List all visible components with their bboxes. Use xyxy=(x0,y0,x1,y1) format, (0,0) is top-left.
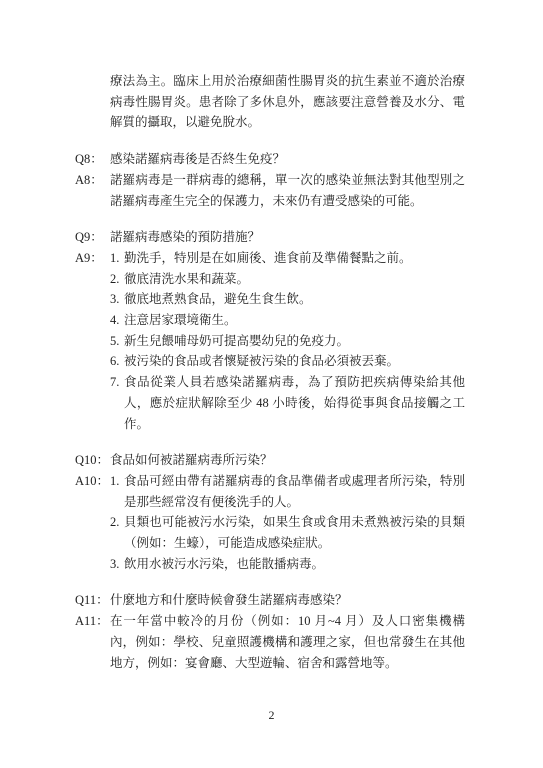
list-item-text: 貝類也可能被污水污染，如果生食或食用未煮熟被污染的貝類（例如：生蠔），可能造成感… xyxy=(124,512,465,553)
list-item-number: 3. xyxy=(110,289,124,310)
answer-content: 諾羅病毒是一群病毒的總稱，單一次的感染並無法對其他型別之諾羅病毒產生完全的保護力… xyxy=(110,170,465,211)
qa-block: Q10：食品如何被諾羅病毒所污染？A10：1.食品可經由帶有諾羅病毒的食品準備者… xyxy=(75,450,465,574)
page-number: 2 xyxy=(0,705,543,725)
answer-list-item: 7.食品從業人員若感染諾羅病毒，為了預防把疾病傳染給其他人，應於症狀解除至少 4… xyxy=(110,372,465,434)
list-item-text: 飲用水被污水污染，也能散播病毒。 xyxy=(124,554,465,575)
list-item-number: 1. xyxy=(110,471,124,492)
answer-row: A10：1.食品可經由帶有諾羅病毒的食品準備者或處理者所污染，特別是那些經常沒有… xyxy=(75,471,465,575)
answer-list-item: 3.飲用水被污水污染，也能散播病毒。 xyxy=(110,554,465,575)
list-item-number: 5. xyxy=(110,331,124,352)
answer-list-item: 3.徹底地煮熟食品，避免生食生飲。 xyxy=(110,289,465,310)
question-label: Q8： xyxy=(75,149,110,170)
answer-list: 1.食品可經由帶有諾羅病毒的食品準備者或處理者所污染，特別是那些經常沒有便後洗手… xyxy=(110,471,465,575)
list-item-text: 勤洗手，特別是在如廁後、進食前及準備餐點之前。 xyxy=(124,248,465,269)
question-text: 感染諾羅病毒後是否終生免疫？ xyxy=(110,149,465,170)
list-item-text: 徹底清洗水果和蔬菜。 xyxy=(124,269,465,290)
answer-label: A8： xyxy=(75,170,110,191)
answer-list-item: 1.食品可經由帶有諾羅病毒的食品準備者或處理者所污染，特別是那些經常沒有便後洗手… xyxy=(110,471,465,512)
list-item-number: 7. xyxy=(110,372,124,393)
list-item-number: 6. xyxy=(110,351,124,372)
answer-label: A11： xyxy=(75,611,110,632)
answer-content: 1.食品可經由帶有諾羅病毒的食品準備者或處理者所污染，特別是那些經常沒有便後洗手… xyxy=(110,471,465,575)
answer-paragraph: 在一年當中較冷的月份（例如：10 月~4 月）及人口密集機構內，例如：學校、兒童… xyxy=(110,611,465,673)
list-item-number: 3. xyxy=(110,554,124,575)
question-text: 諾羅病毒感染的預防措施？ xyxy=(110,227,465,248)
list-item-text: 新生兒餵哺母奶可提高嬰幼兒的免疫力。 xyxy=(124,331,465,352)
question-label: Q10： xyxy=(75,450,110,471)
question-row: Q9：諾羅病毒感染的預防措施？ xyxy=(75,227,465,248)
list-item-number: 4. xyxy=(110,310,124,331)
answer-list-item: 1.勤洗手，特別是在如廁後、進食前及準備餐點之前。 xyxy=(110,248,465,269)
qa-block: Q8：感染諾羅病毒後是否終生免疫？A8：諾羅病毒是一群病毒的總稱，單一次的感染並… xyxy=(75,149,465,211)
qa-container: Q8：感染諾羅病毒後是否終生免疫？A8：諾羅病毒是一群病毒的總稱，單一次的感染並… xyxy=(75,149,465,673)
answer-list: 1.勤洗手，特別是在如廁後、進食前及準備餐點之前。2.徹底清洗水果和蔬菜。3.徹… xyxy=(110,248,465,434)
answer-paragraph: 諾羅病毒是一群病毒的總稱，單一次的感染並無法對其他型別之諾羅病毒產生完全的保護力… xyxy=(110,170,465,211)
answer-content: 在一年當中較冷的月份（例如：10 月~4 月）及人口密集機構內，例如：學校、兒童… xyxy=(110,611,465,673)
answer-row: A11：在一年當中較冷的月份（例如：10 月~4 月）及人口密集機構內，例如：學… xyxy=(75,611,465,673)
list-item-number: 2. xyxy=(110,512,124,533)
question-text: 什麼地方和什麼時候會發生諾羅病毒感染？ xyxy=(110,590,465,611)
question-row: Q10：食品如何被諾羅病毒所污染？ xyxy=(75,450,465,471)
answer-list-item: 6.被污染的食品或者懷疑被污染的食品必須被丟棄。 xyxy=(110,351,465,372)
list-item-number: 1. xyxy=(110,248,124,269)
question-label: Q9： xyxy=(75,227,110,248)
answer-row: A9：1.勤洗手，特別是在如廁後、進食前及準備餐點之前。2.徹底清洗水果和蔬菜。… xyxy=(75,248,465,434)
answer-row: A8：諾羅病毒是一群病毒的總稱，單一次的感染並無法對其他型別之諾羅病毒產生完全的… xyxy=(75,170,465,211)
answer-list-item: 4.注意居家環境衛生。 xyxy=(110,310,465,331)
question-row: Q11：什麼地方和什麼時候會發生諾羅病毒感染？ xyxy=(75,590,465,611)
list-item-text: 食品從業人員若感染諾羅病毒，為了預防把疾病傳染給其他人，應於症狀解除至少 48 … xyxy=(124,372,465,434)
document-page: 療法為主。臨床上用於治療細菌性腸胃炎的抗生素並不適於治療病毒性腸胃炎。患者除了多… xyxy=(0,0,543,768)
document-body: 療法為主。臨床上用於治療細菌性腸胃炎的抗生素並不適於治療病毒性腸胃炎。患者除了多… xyxy=(75,71,465,673)
continuation-paragraph: 療法為主。臨床上用於治療細菌性腸胃炎的抗生素並不適於治療病毒性腸胃炎。患者除了多… xyxy=(110,71,465,133)
qa-block: Q9：諾羅病毒感染的預防措施？A9：1.勤洗手，特別是在如廁後、進食前及準備餐點… xyxy=(75,227,465,434)
list-item-text: 被污染的食品或者懷疑被污染的食品必須被丟棄。 xyxy=(124,351,465,372)
answer-list-item: 2.貝類也可能被污水污染，如果生食或食用未煮熟被污染的貝類（例如：生蠔），可能造… xyxy=(110,512,465,553)
answer-label: A10： xyxy=(75,471,110,492)
list-item-number: 2. xyxy=(110,269,124,290)
answer-list-item: 2.徹底清洗水果和蔬菜。 xyxy=(110,269,465,290)
qa-block: Q11：什麼地方和什麼時候會發生諾羅病毒感染？A11：在一年當中較冷的月份（例如… xyxy=(75,590,465,673)
list-item-text: 食品可經由帶有諾羅病毒的食品準備者或處理者所污染，特別是那些經常沒有便後洗手的人… xyxy=(124,471,465,512)
question-text: 食品如何被諾羅病毒所污染？ xyxy=(110,450,465,471)
answer-list-item: 5.新生兒餵哺母奶可提高嬰幼兒的免疫力。 xyxy=(110,331,465,352)
list-item-text: 徹底地煮熟食品，避免生食生飲。 xyxy=(124,289,465,310)
answer-label: A9： xyxy=(75,248,110,269)
question-row: Q8：感染諾羅病毒後是否終生免疫？ xyxy=(75,149,465,170)
answer-content: 1.勤洗手，特別是在如廁後、進食前及準備餐點之前。2.徹底清洗水果和蔬菜。3.徹… xyxy=(110,248,465,434)
question-label: Q11： xyxy=(75,590,110,611)
list-item-text: 注意居家環境衛生。 xyxy=(124,310,465,331)
